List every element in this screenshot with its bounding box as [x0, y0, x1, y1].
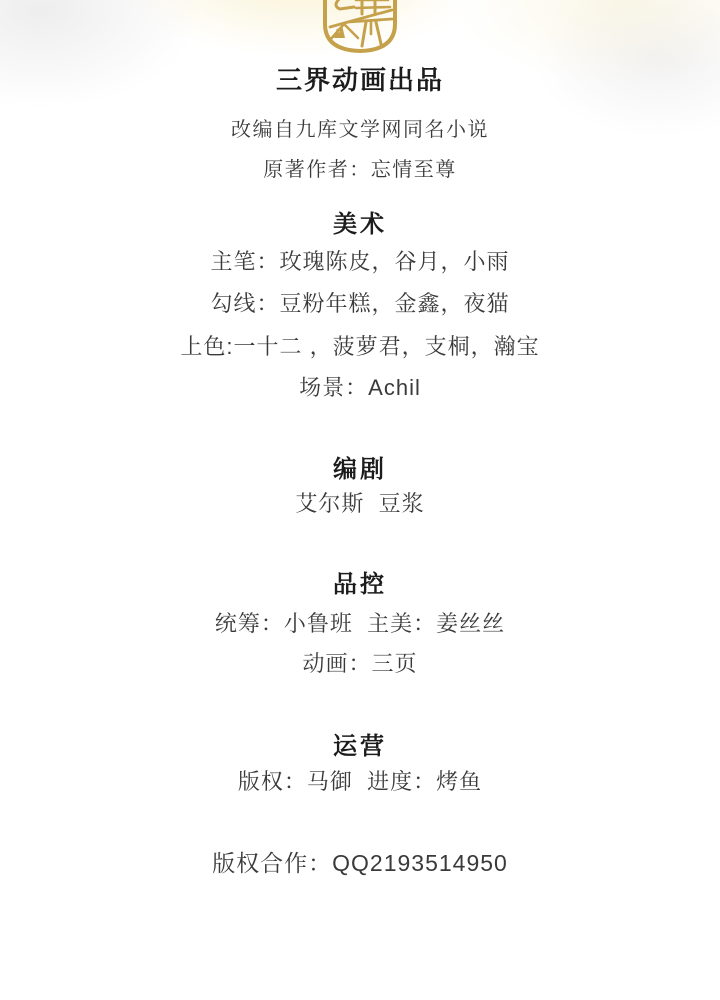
section-heading-qc: 品控 — [0, 564, 720, 599]
producer-title: 三界动画出品 — [0, 60, 720, 97]
credit-line-writers: 艾尔斯 豆浆 — [0, 487, 720, 518]
section-heading-writers: 编剧 — [0, 449, 720, 484]
credit-line-lineart: 勾线：豆粉年糕，金鑫，夜猫 — [0, 287, 720, 318]
original-author: 原著作者：忘情至尊 — [0, 153, 720, 182]
studio-logo — [318, 0, 402, 53]
credit-line-copyright: 版权：马御 进度：烤鱼 — [0, 765, 720, 796]
credit-line-coloring: 上色:一十二 ，菠萝君，支桐，瀚宝 — [0, 330, 720, 361]
credit-line-animation: 动画：三页 — [0, 647, 720, 678]
credits-page: 三界动画出品 改编自九库文学网同名小说 原著作者：忘情至尊 美术 主笔：玫瑰陈皮… — [0, 0, 720, 1000]
section-heading-operations: 运营 — [0, 726, 720, 761]
section-heading-art: 美术 — [0, 204, 720, 239]
studio-badge-icon — [318, 0, 402, 53]
credit-line-coordination: 统筹：小鲁班 主美：姜丝丝 — [0, 607, 720, 638]
credit-line-lead-artist: 主笔：玫瑰陈皮，谷月，小雨 — [0, 245, 720, 276]
copyright-contact: 版权合作：QQ2193514950 — [0, 845, 720, 878]
credit-line-scenes: 场景：Achil — [0, 371, 720, 402]
mountain-peaks-glyph — [334, 25, 345, 38]
adaptation-note: 改编自九库文学网同名小说 — [0, 113, 720, 142]
